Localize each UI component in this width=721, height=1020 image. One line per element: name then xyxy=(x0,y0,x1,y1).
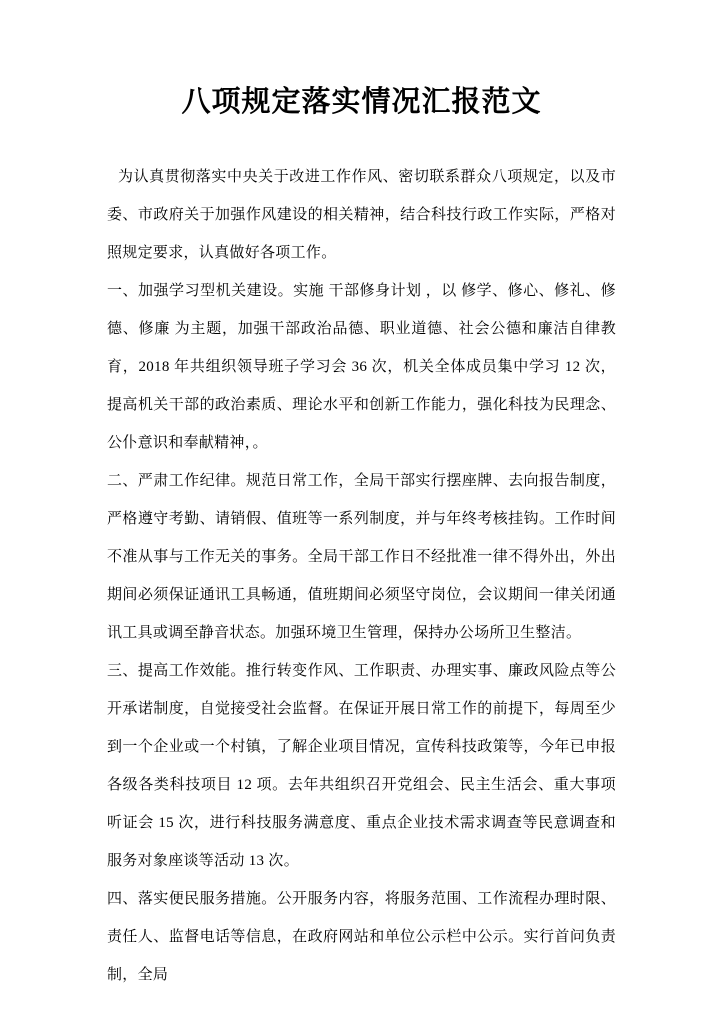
paragraph-section-3: 三、提高工作效能。推行转变作风、工作职责、办理实事、廉政风险点等公开承诺制度，自… xyxy=(107,652,616,880)
paragraph-section-4: 四、落实便民服务措施。公开服务内容，将服务范围、工作流程办理时限、责任人、监督电… xyxy=(107,880,616,994)
document-page: 八项规定落实情况汇报范文 为认真贯彻落实中央关于改进工作作风、密切联系群众八项规… xyxy=(0,0,721,1020)
paragraph-intro: 为认真贯彻落实中央关于改进工作作风、密切联系群众八项规定，以及市委、市政府关于加… xyxy=(107,158,616,272)
paragraph-section-2: 二、严肃工作纪律。规范日常工作，全局干部实行摆座牌、去向报告制度，严格遵守考勤、… xyxy=(107,462,616,652)
document-title: 八项规定落实情况汇报范文 xyxy=(107,82,616,122)
paragraph-section-1: 一、加强学习型机关建设。实施 干部修身计划 ，以 修学、修心、修礼、修德、修廉 … xyxy=(107,272,616,462)
document-body: 为认真贯彻落实中央关于改进工作作风、密切联系群众八项规定，以及市委、市政府关于加… xyxy=(107,158,616,994)
